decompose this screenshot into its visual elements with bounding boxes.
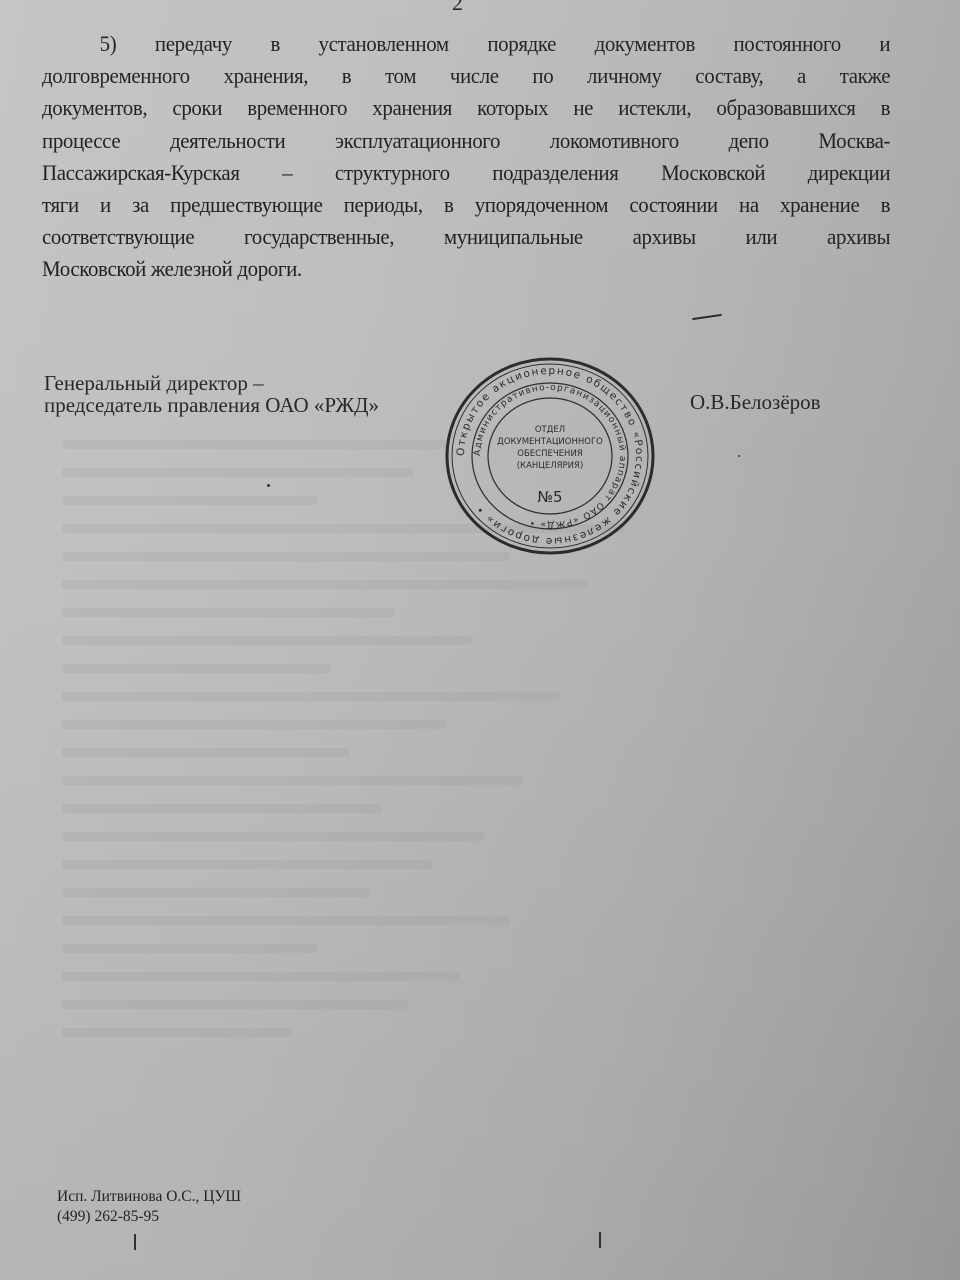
paragraph-line: процессе деятельности эксплуатационного … [42, 125, 890, 157]
paragraph-line: Пассажирская-Курская – структурного подр… [42, 157, 890, 189]
position-line: председатель правления ОАО «РЖД» [44, 394, 379, 416]
paragraph-line: соответствующие государственные, муницип… [42, 221, 890, 253]
stamp-number: №5 [537, 488, 562, 506]
signatory-position: Генеральный директор – председатель прав… [44, 372, 379, 416]
signatory-name: О.В.Белозёров [690, 390, 821, 415]
executor-info: Исп. Литвинова О.С., ЦУШ (499) 262-85-95 [57, 1187, 241, 1227]
stamp-center-line: ОБЕСПЕЧЕНИЯ [517, 449, 583, 459]
stamp-center-line: ОТДЕЛ [535, 425, 565, 435]
official-stamp-icon: Открытое акционерное общество «Российски… [443, 356, 657, 556]
paragraph-line: документов, сроки временного хранения ко… [42, 92, 890, 124]
ink-dot [738, 455, 740, 457]
executor-name: Исп. Литвинова О.С., ЦУШ [57, 1187, 241, 1207]
margin-tick [599, 1232, 601, 1248]
paragraph-line: тяги и за предшествующие периоды, в упор… [42, 189, 890, 221]
page-number: 2 [452, 0, 463, 16]
document-page: 2 5) передачу в установленном порядке до… [0, 0, 960, 1280]
paragraph-item-5: 5) передачу в установленном порядке доку… [42, 28, 890, 286]
margin-tick [134, 1234, 136, 1250]
executor-phone: (499) 262-85-95 [57, 1207, 241, 1227]
stamp-center-line: (КАНЦЕЛЯРИЯ) [517, 461, 584, 471]
signature-mark [692, 314, 722, 320]
ink-dot [267, 484, 270, 487]
stamp-center-line: ДОКУМЕНТАЦИОННОГО [497, 437, 603, 447]
paragraph-line: долговременного хранения, в том числе по… [42, 60, 890, 92]
paragraph-line: Московской железной дороги. [42, 253, 890, 285]
position-line: Генеральный директор – [44, 372, 379, 394]
paragraph-line: 5) передачу в установленном порядке доку… [42, 28, 890, 60]
